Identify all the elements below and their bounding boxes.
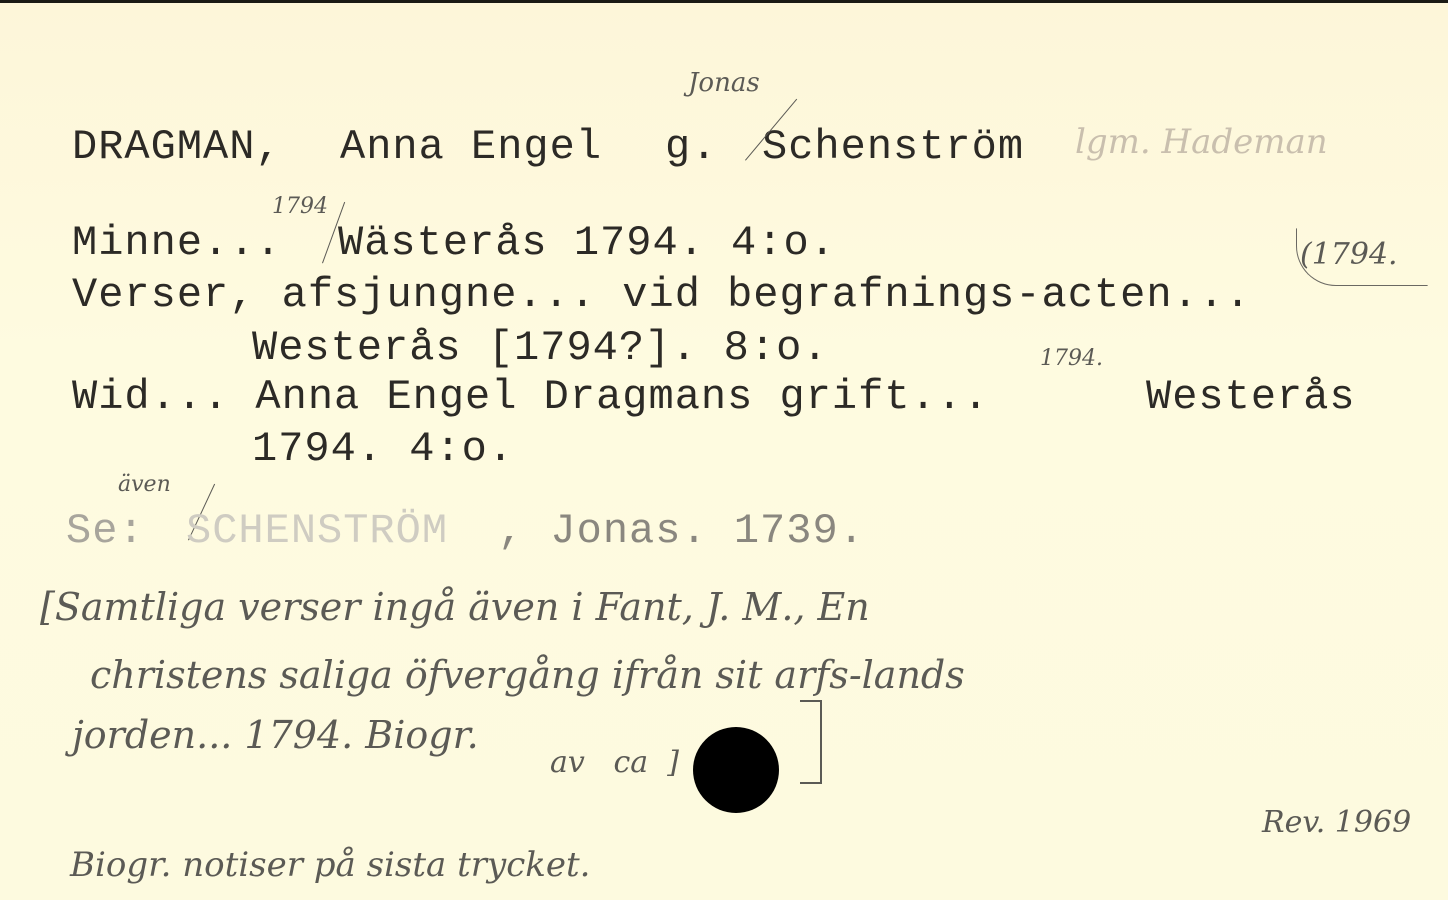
revision-mark: Rev. 1969 (1262, 808, 1411, 838)
entry-1-title: Minne... (72, 222, 282, 264)
catalog-card: DRAGMAN, Anna Engel g. Schenström Jonas … (0, 0, 1448, 900)
entry-3-title: Wid... Anna Engel Dragmans grift... (72, 376, 989, 418)
entry-2-imprint: Westerås [1794?]. 8:o. (252, 327, 829, 369)
entry-1-imprint: Wästerås 1794. 4:o. (338, 222, 836, 264)
closing-bracket (800, 700, 822, 784)
heading-married-name: Schenström (762, 126, 1024, 168)
see-also-name: SCHENSTRÖM (186, 510, 448, 552)
entry-3-imprint: 1794. 4:o. (252, 428, 514, 470)
see-also-insert: även (118, 474, 171, 496)
heading-married-abbrev: g. (665, 126, 717, 168)
punch-hole (693, 727, 779, 813)
see-also-label: Se: (66, 510, 145, 552)
entry-3-imprint-place: Westerås (1146, 376, 1356, 418)
handwritten-note-line-2: christens saliga öfvergång ifrån sit arf… (90, 656, 965, 694)
handwritten-note-line-1: [Samtliga verser ingå även i Fant, J. M.… (40, 588, 870, 626)
entry-1-insert: 1794 (272, 196, 328, 218)
footer-note: Biogr. notiser på sista trycket. (70, 848, 590, 882)
entry-3-insert: 1794. (1040, 348, 1103, 370)
see-also-rest: , Jonas. 1739. (498, 510, 865, 552)
heading-surname: DRAGMAN, (72, 126, 282, 168)
handwritten-note-line-4: av ca ] (550, 748, 679, 778)
heading-given-names: Anna Engel (340, 126, 602, 168)
faint-pencil-note: lgm. Hademan (1075, 125, 1328, 159)
handwritten-insert-jonas: Jonas (688, 70, 760, 96)
margin-arc (1296, 228, 1428, 286)
handwritten-note-line-3: jorden... 1794. Biogr. (72, 716, 479, 754)
card-top-edge (0, 0, 1448, 3)
entry-2-title: Verser, afsjungne... vid begrafnings-act… (72, 274, 1251, 316)
